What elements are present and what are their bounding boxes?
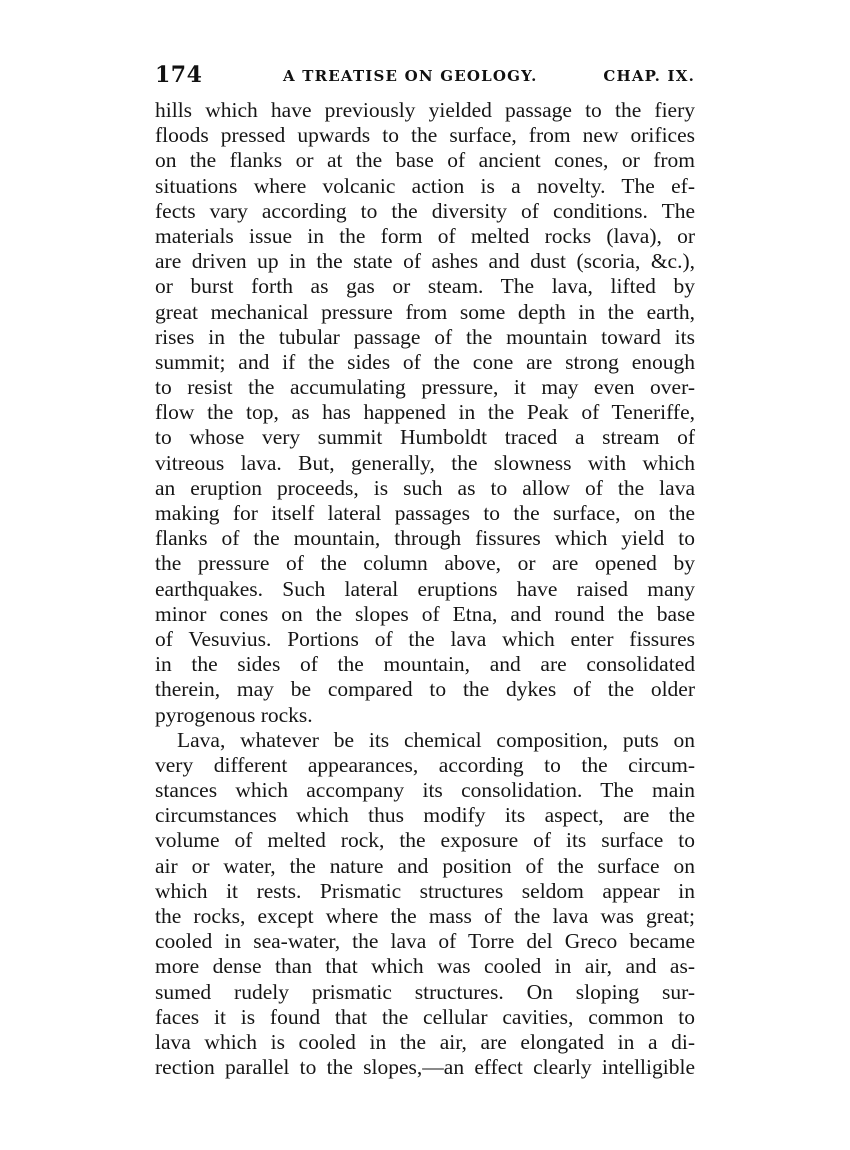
text-line: on the flanks or at the base of ancient … — [155, 148, 695, 173]
text-line: summit; and if the sides of the cone are… — [155, 350, 695, 375]
text-line: faces it is found that the cellular cavi… — [155, 1005, 695, 1030]
text-line: the pressure of the column above, or are… — [155, 551, 695, 576]
text-line: volume of melted rock, the exposure of i… — [155, 828, 695, 853]
text-line: to resist the accumulating pressure, it … — [155, 375, 695, 400]
text-line: more dense than that which was cooled in… — [155, 954, 695, 979]
text-line: are driven up in the state of ashes and … — [155, 249, 695, 274]
text-line: to whose very summit Humboldt traced a s… — [155, 425, 695, 450]
text-line: air or water, the nature and position of… — [155, 854, 695, 879]
chapter-label: CHAP. IX. — [603, 67, 695, 85]
text-line: sumed rudely prismatic structures. On sl… — [155, 980, 695, 1005]
text-line: vitreous lava. But, generally, the slown… — [155, 451, 695, 476]
body-text: hills which have previously yielded pass… — [155, 98, 695, 1080]
paragraph-2: Lava, whatever be its chemical compositi… — [155, 728, 695, 1081]
running-title: A TREATISE ON GEOLOGY. — [283, 67, 538, 85]
text-line: in the sides of the mountain, and are co… — [155, 652, 695, 677]
text-line: an eruption proceeds, is such as to allo… — [155, 476, 695, 501]
text-line: Lava, whatever be its chemical compositi… — [155, 728, 695, 753]
text-line: or burst forth as gas or steam. The lava… — [155, 274, 695, 299]
text-line: therein, may be compared to the dykes of… — [155, 677, 695, 702]
text-line: situations where volcanic action is a no… — [155, 174, 695, 199]
text-line: which it rests. Prismatic structures sel… — [155, 879, 695, 904]
text-line: cooled in sea-water, the lava of Torre d… — [155, 929, 695, 954]
text-line: materials issue in the form of melted ro… — [155, 224, 695, 249]
text-line: hills which have previously yielded pass… — [155, 98, 695, 123]
text-line: pyrogenous rocks. — [155, 703, 695, 728]
text-line: flow the top, as has happened in the Pea… — [155, 400, 695, 425]
text-line: floods pressed upwards to the surface, f… — [155, 123, 695, 148]
text-line: of Vesuvius. Portions of the lava which … — [155, 627, 695, 652]
text-line: great mechanical pressure from some dept… — [155, 300, 695, 325]
text-line: circumstances which thus modify its aspe… — [155, 803, 695, 828]
page-number: 174 — [155, 62, 202, 88]
text-line: very different appearances, according to… — [155, 753, 695, 778]
text-line: fects vary according to the diversity of… — [155, 199, 695, 224]
text-line: stances which accompany its consolidatio… — [155, 778, 695, 803]
text-line: the rocks, except where the mass of the … — [155, 904, 695, 929]
text-line: lava which is cooled in the air, are elo… — [155, 1030, 695, 1055]
text-line: rection parallel to the slopes,—an effec… — [155, 1055, 695, 1080]
text-line: rises in the tubular passage of the moun… — [155, 325, 695, 350]
text-line: earthquakes. Such lateral eruptions have… — [155, 577, 695, 602]
running-head: 174 A TREATISE ON GEOLOGY. CHAP. IX. — [155, 62, 695, 92]
paragraph-1: hills which have previously yielded pass… — [155, 98, 695, 728]
text-line: flanks of the mountain, through fissures… — [155, 526, 695, 551]
book-page: 174 A TREATISE ON GEOLOGY. CHAP. IX. hil… — [0, 0, 850, 1150]
text-line: minor cones on the slopes of Etna, and r… — [155, 602, 695, 627]
text-line: making for itself lateral passages to th… — [155, 501, 695, 526]
